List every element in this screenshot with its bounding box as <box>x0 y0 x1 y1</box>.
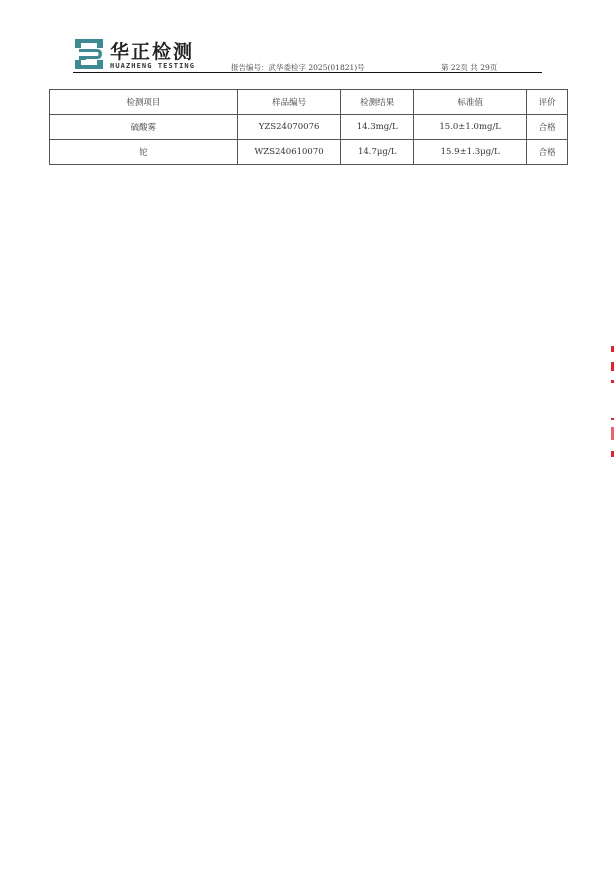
sample-number: WZS240610070 <box>237 140 341 165</box>
stamp-mark <box>611 362 614 371</box>
sample-number: YZS24070076 <box>237 115 341 140</box>
stamp-mark <box>611 418 614 420</box>
stamp-mark <box>611 427 614 440</box>
test-result: 14.3mg/L <box>341 115 414 140</box>
stamp-mark <box>611 346 614 352</box>
column-header: 样品编号 <box>237 90 341 115</box>
evaluation: 合格 <box>527 115 568 140</box>
column-header: 评价 <box>527 90 568 115</box>
test-result: 14.7μg/L <box>341 140 414 165</box>
table-row: 铊 WZS240610070 14.7μg/L 15.9±1.3μg/L 合格 <box>50 140 568 165</box>
table-row: 硫酸雾 YZS24070076 14.3mg/L 15.0±1.0mg/L 合格 <box>50 115 568 140</box>
column-header: 标准值 <box>413 90 526 115</box>
stamp-mark <box>611 380 614 383</box>
huazheng-logo-icon <box>75 39 103 69</box>
standard-value: 15.0±1.0mg/L <box>413 115 526 140</box>
brand-name-chinese: 华正检测 <box>110 37 194 64</box>
test-item: 硫酸雾 <box>50 115 238 140</box>
stamp-mark <box>611 451 614 457</box>
column-header: 检测结果 <box>341 90 414 115</box>
brand-name-english: HUAZHENG TESTING <box>110 62 195 70</box>
test-results-table: 检测项目 样品编号 检测结果 标准值 评价 硫酸雾 YZS24070076 14… <box>49 89 568 165</box>
table-header-row: 检测项目 样品编号 检测结果 标准值 评价 <box>50 90 568 115</box>
test-item: 铊 <box>50 140 238 165</box>
standard-value: 15.9±1.3μg/L <box>413 140 526 165</box>
header-divider <box>73 72 542 73</box>
evaluation: 合格 <box>527 140 568 165</box>
column-header: 检测项目 <box>50 90 238 115</box>
